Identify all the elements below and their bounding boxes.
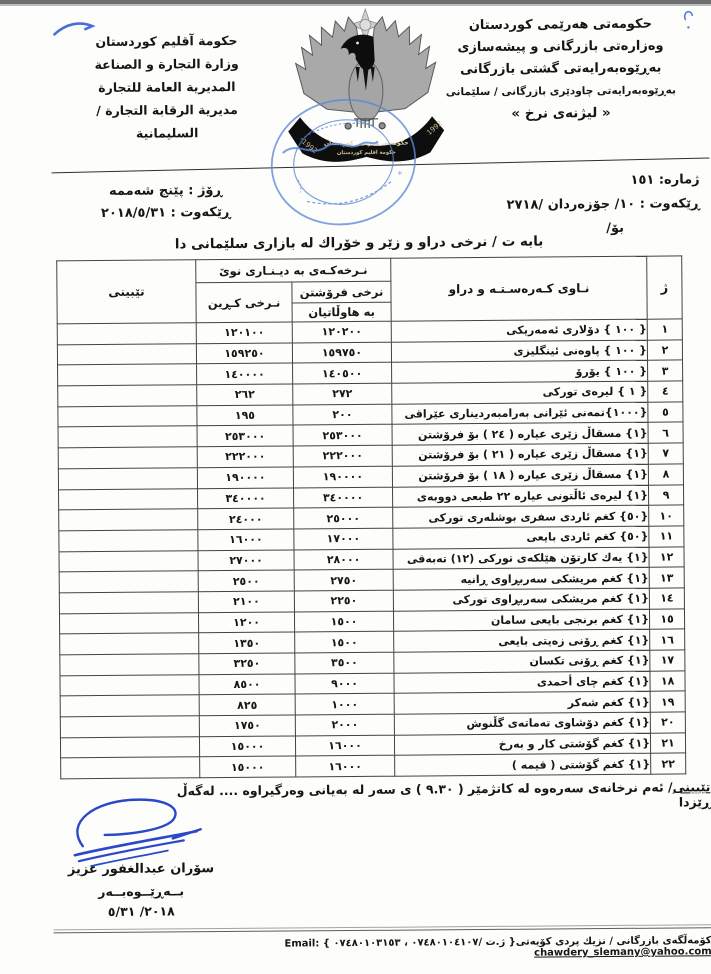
row-number: ١٨ — [650, 671, 685, 692]
email-label: Email: — [284, 938, 319, 949]
row-number: ٢٠ — [650, 712, 685, 733]
note-cell — [60, 654, 199, 676]
item-name: { ١٠٠ } یۆرۆ — [392, 361, 648, 384]
item-name: {١} كغم مریشكی سەربڕاوی ڕانیە — [393, 567, 649, 590]
price-table-header: ژ نـاوی كـەرەسـتـە و دراو نـرخەكـەی بە د… — [57, 256, 682, 324]
buy-price: ٣٢٥٠ — [199, 653, 295, 674]
buy-price: ١٩٠٠٠٠ — [197, 467, 293, 488]
item-name: {٥٠} كغم ئاردی بایعی — [393, 526, 649, 549]
signature-scribble-icon — [62, 795, 215, 870]
header-arabic: حكومة آقليم كوردستان وزارة التجارة و الص… — [68, 29, 265, 146]
note-cell — [58, 405, 197, 427]
note-cell — [59, 550, 198, 572]
item-name: {١} كغم گۆشتی كار و بەرخ — [394, 733, 650, 756]
buy-price: ٨٥٠٠ — [199, 674, 295, 695]
item-name: {١} كغم شەكر — [394, 692, 650, 715]
col-header-item: نـاوی كـەرەسـتـە و دراو — [391, 256, 647, 321]
sell-price: ١٥٠٠ — [294, 611, 393, 632]
document-date-kurdish: ڕێكەوت : ١٠/ جۆزەردان /٢٧١٨ — [436, 192, 700, 218]
row-number: ٢١ — [650, 733, 685, 754]
sell-price: ١٠٠٠ — [295, 694, 394, 715]
table-row: ٢٢{١} كغم گۆشتی ( قیمە )١٦٠٠٠١٥٠٠٠ — [61, 753, 686, 779]
sell-price: ٣٤٠٠٠٠ — [294, 487, 393, 508]
row-number: ٢ — [647, 340, 682, 361]
header-kurdish-line: حكومەتی هەرێمی كوردستان — [419, 13, 701, 37]
item-name: {١} مسقاڵ زێری عیارە ( ٢١ ) بۆ فرۆشتن — [392, 443, 648, 466]
item-name: {١} كغم چای أحمدی — [394, 671, 650, 694]
header-kurdish-line: بەڕێوەبەرایەتی گشتی بازرگانی — [420, 57, 702, 81]
header-kurdish: حكومەتی هەرێمی كوردستان وەزارەتی بازرگان… — [419, 13, 702, 125]
document-number: ژماره: ١٥١ — [436, 168, 700, 194]
row-number: ١٥ — [649, 609, 684, 630]
footnote-text: / ئەم نرخانەی سەرەوە لە كاتژمێر ( ٩.٣٠ )… — [177, 780, 711, 810]
buy-price: ٢٢٢٠٠٠ — [197, 446, 293, 467]
row-number: ٣ — [648, 360, 683, 381]
price-table: ژ نـاوی كـەرەسـتـە و دراو نـرخەكـەی بە د… — [56, 255, 686, 779]
note-cell — [58, 447, 197, 469]
note-cell — [59, 592, 198, 614]
note-cell — [58, 426, 197, 448]
buy-price: ٢٧٠٠٠ — [198, 550, 294, 571]
buy-price: ١٥٠٠٠ — [199, 736, 295, 757]
item-name: {١} كغم برنجی بایعی سامان — [393, 609, 649, 632]
note-cell — [61, 757, 200, 779]
col-header-buy: نـرخی كـڕین — [196, 282, 292, 323]
item-name: {١} مسقاڵ زێری عیارە ( ١٨ ) بۆ فرۆشتن — [392, 464, 648, 487]
signature-date: ٢٠١٨/ ٥/٣١ — [65, 903, 217, 919]
header-kurdish-line: وەزارەتی بازرگانی و پیشەسازی — [419, 35, 701, 59]
note-cell — [59, 509, 198, 531]
buy-price: ١٥٠٠٠ — [200, 756, 296, 777]
item-name: {٥٠} كغم ئاردی سفری بوشلەری توركی — [393, 505, 649, 528]
item-name: {١٠٠٠}تمەنی ئێرانی بەرامبەردیناری عێراقی — [392, 402, 648, 425]
sell-price: ١٧٠٠٠ — [294, 528, 393, 549]
note-cell — [60, 695, 199, 717]
row-number: ١٢ — [649, 546, 684, 567]
buy-price: ٢٤٠٠٠ — [198, 508, 294, 529]
item-name: {١} كغم دۆشاوی تەماتەی گڵنوش — [394, 712, 650, 735]
row-number: ٦ — [648, 422, 683, 443]
row-number: ١٦ — [650, 629, 685, 650]
note-cell — [58, 385, 197, 407]
item-name: {١} كغم ڕۆنی تكسان — [394, 650, 650, 673]
col-header-number: ژ — [647, 256, 682, 319]
header-kurdish-line: بەڕێوەبەرایەتی چاودێری بازرگانی / سلێمان… — [420, 79, 702, 103]
sell-price: ٢٥٣٠٠٠ — [293, 425, 392, 446]
row-number: ٧ — [648, 443, 683, 464]
buy-price: ١٣٥٠ — [199, 632, 295, 653]
row-number: ٤ — [648, 381, 683, 402]
row-number: ١٣ — [649, 567, 684, 588]
note-cell — [60, 736, 199, 758]
document-content: حكومة آقليم كوردستان وزارة التجارة و الص… — [0, 0, 711, 974]
document-date-gregorian: ڕێكەوت : ٢٠١٨/٥/٣١ — [82, 202, 250, 225]
price-committee-label: « لیژنەی نرخ » — [420, 101, 702, 125]
item-name: {١} مسقاڵ زێری عیارە ( ٢٤ ) بۆ فرۆشتن — [392, 423, 648, 446]
pen-mark-icon — [52, 20, 96, 40]
note-cell — [60, 633, 199, 655]
buy-price: ٢٦٢ — [197, 384, 293, 405]
item-name: {١} كغم مریشكی سەربڕاوی توركی — [393, 588, 649, 611]
footer-contact-line: كۆمەڵگەی بازرگانی / نزیك پردی كۆیەتی{ ژ.… — [172, 935, 711, 961]
sell-price: ١٦٠٠٠ — [295, 735, 394, 756]
meta-block-left: ڕۆژ : پێنج شەممە ڕێكەوت : ٢٠١٨/٥/٣١ — [82, 180, 250, 225]
item-name: {١} كغم ڕۆنی زەیتی بایعی — [394, 630, 650, 653]
row-number: ١١ — [649, 526, 684, 547]
svg-text:*: * — [398, 171, 403, 181]
footnote: تێبینی/ ئەم نرخانەی سەرەوە لە كاتژمێر ( … — [150, 779, 710, 813]
item-name: { ١ } لیرەی توركی — [392, 381, 648, 404]
sell-price: ٢٢٢٠٠٠ — [293, 445, 392, 466]
header-arabic-line: وزارة التجارة و الصناعة — [69, 52, 265, 77]
meta-block-right: ژماره: ١٥١ ڕێكەوت : ١٠/ جۆزەردان /٢٧١٨ ب… — [436, 168, 701, 242]
row-number: ١٤ — [649, 588, 684, 609]
note-cell — [59, 530, 198, 552]
note-cell — [58, 468, 197, 490]
col-header-sell-sub: بە هاوڵاتیان — [292, 302, 391, 322]
buy-price: ٢٥٣٠٠٠ — [197, 425, 293, 446]
sell-price: ١٩٠٠٠٠ — [293, 466, 392, 487]
note-cell — [60, 674, 199, 696]
sell-price: ٢٥٠٠٠ — [294, 507, 393, 528]
note-cell — [58, 364, 197, 386]
item-name: {١} كغم گۆشتی ( قیمە ) — [395, 754, 651, 777]
row-number: ١٧ — [650, 650, 685, 671]
sell-price: ١٦٠٠٠ — [296, 756, 395, 777]
pen-mark-icon — [679, 7, 699, 37]
note-cell — [57, 323, 196, 345]
note-cell — [60, 716, 199, 738]
sell-price: ٩٠٠٠ — [295, 673, 394, 694]
row-number: ١٠ — [649, 505, 684, 526]
sell-price: ١٥٩٧٥٠ — [292, 342, 391, 363]
sell-price: ٢٧٢ — [293, 383, 392, 404]
signatory-title: بــەڕێــوەبــەر — [65, 883, 217, 899]
sell-price: ٢٠٠٠ — [295, 714, 394, 735]
header-arabic-line: حكومة آقليم كوردستان — [68, 29, 264, 54]
buy-price: ٢٥٠٠ — [198, 570, 294, 591]
item-name: {١} لیرەی ئاڵتونی عیارە ٢٢ طبعی دووبەی — [393, 485, 649, 508]
note-cell — [57, 343, 196, 365]
col-header-sell: نرخی فرۆشتن — [292, 281, 391, 303]
row-number: ٨ — [648, 464, 683, 485]
row-number: ١ — [647, 319, 682, 340]
buy-price: ١٩٥ — [197, 405, 293, 426]
sell-price: ٢٨٠٠٠ — [294, 549, 393, 570]
row-number: ٩ — [649, 484, 684, 505]
note-cell — [59, 612, 198, 634]
sell-price: ٢٠٠ — [293, 404, 392, 425]
buy-price: ١٥٩٢٥٠ — [196, 343, 292, 364]
sell-price: ٣٥٠٠ — [295, 652, 394, 673]
item-name: {١} یەك كارتۆن هێلكەی توركی (١٢) تەبەقی — [393, 547, 649, 570]
sell-price: ١٢٠٢٠٠ — [292, 321, 391, 342]
sell-price: ١٥٠٠ — [295, 632, 394, 653]
item-name: { ١٠٠ } دۆلاری ئەمەریكی — [391, 319, 647, 342]
col-header-price-group: نـرخەكـەی بە دیـنـاری نوێ — [196, 258, 391, 283]
scanned-document-page: حكومة آقليم كوردستان وزارة التجارة و الص… — [0, 0, 711, 974]
sell-price: ٢٧٥٠ — [294, 569, 393, 590]
col-header-notes: تێبینی — [57, 260, 196, 324]
buy-price: ٨٢٥ — [199, 694, 295, 715]
buy-price: ٢١٠٠ — [198, 591, 294, 612]
header-arabic-line: المديرية العامة للتجارة — [69, 75, 265, 100]
row-number: ٢٢ — [651, 753, 686, 774]
email-address: chawdery_slemany@yahoo.com — [534, 946, 711, 958]
row-number: ١٩ — [650, 691, 685, 712]
sell-price: ١٤٠٥٠٠ — [293, 363, 392, 384]
row-number: ٥ — [648, 402, 683, 423]
footnote-label: تێبینی — [673, 779, 711, 794]
buy-price: ٣٤٠٠٠٠ — [198, 487, 294, 508]
buy-price: ١٦٠٠٠ — [198, 529, 294, 550]
buy-price: ١٤٠٠٠٠ — [197, 363, 293, 384]
header-arabic-line: مديرية الرقابة التجارة / السليمانية — [69, 98, 265, 146]
buy-price: ١٢٠٠ — [198, 612, 294, 633]
buy-price: ١٢٠١٠٠ — [196, 322, 292, 343]
price-table-body: ١{ ١٠٠ } دۆلاری ئەمەریكی١٢٠٢٠٠١٢٠١٠٠٢{ ١… — [57, 319, 686, 779]
buy-price: ١٧٥٠ — [199, 715, 295, 736]
note-cell — [59, 488, 198, 510]
item-name: { ١٠٠ } پاوەنی ئینگلیزی — [391, 340, 647, 363]
sell-price: ٢٢٥٠ — [294, 590, 393, 611]
note-cell — [59, 571, 198, 593]
document-day: ڕۆژ : پێنج شەممە — [82, 180, 250, 203]
blue-ink-stamp-icon: * — [255, 89, 451, 243]
